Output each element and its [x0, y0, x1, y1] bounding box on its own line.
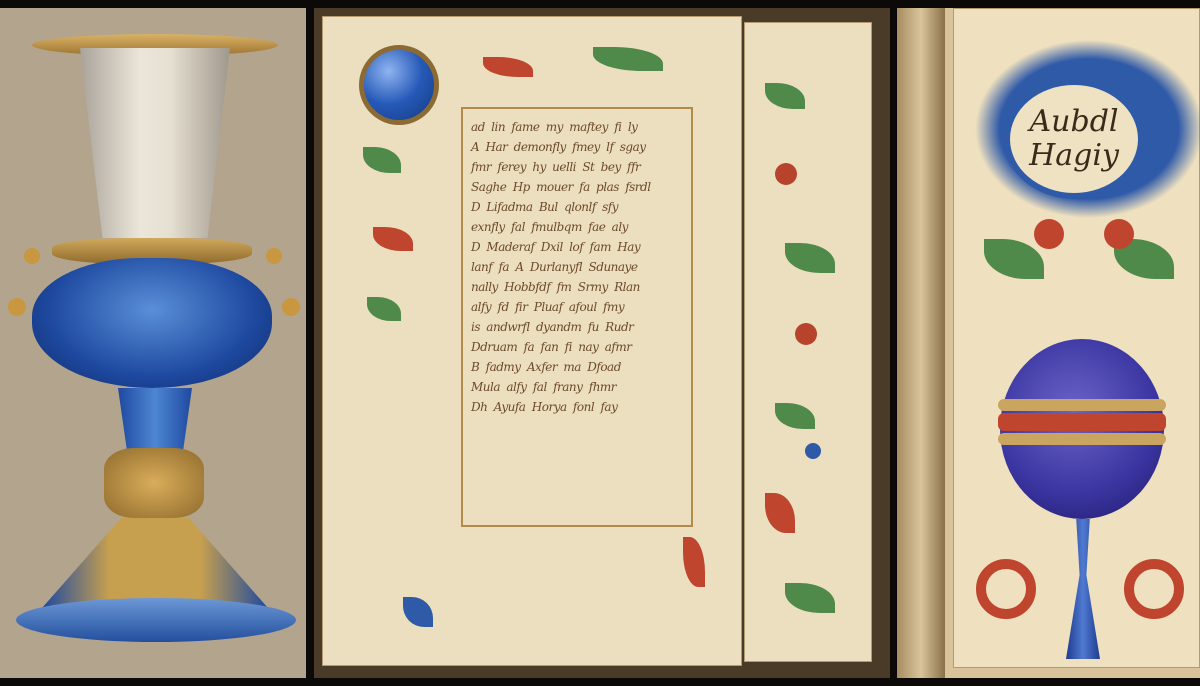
- green-leaf: [765, 83, 805, 109]
- green-leaf: [775, 403, 815, 429]
- script-line: Saghe Hp mouer fa plas fsrdl: [471, 177, 683, 197]
- vase-neck: [80, 48, 230, 238]
- cartouche-line-1: Aubdl: [1030, 105, 1119, 139]
- gold-band: [998, 433, 1166, 445]
- gold-knob: [282, 298, 300, 316]
- green-leaf: [483, 57, 533, 77]
- red-flower: [1034, 219, 1064, 249]
- blue-orb-medallion: [359, 45, 439, 125]
- script-line: Ddruam fa fan fi nay afmr: [471, 337, 683, 357]
- green-leaf: [785, 243, 835, 273]
- vase-panel: [0, 8, 306, 678]
- green-leaf: [367, 297, 401, 321]
- blue-flower: [403, 597, 433, 627]
- green-leaf: [785, 583, 835, 613]
- left-page: ad lin fame my maftey fi lyA Har demonfl…: [322, 16, 742, 666]
- handwritten-text-block: ad lin fame my maftey fi lyA Har demonfl…: [461, 107, 693, 527]
- illuminated-page: Aubdl Hagiy: [953, 8, 1200, 668]
- red-leaf: [683, 537, 705, 587]
- red-band: [998, 413, 1166, 431]
- script-line: alfy fd fir Pluaf afoul fmy: [471, 297, 683, 317]
- gold-knob: [24, 248, 40, 264]
- script-line: D Lifadma Bul qlonlf sfy: [471, 197, 683, 217]
- vase-base: [16, 598, 296, 642]
- green-leaf: [984, 239, 1044, 279]
- manuscript-panel: ad lin fame my maftey fi lyA Har demonfl…: [314, 8, 890, 678]
- cartouche-line-2: Hagiy: [1029, 139, 1119, 173]
- vase-body: [32, 258, 272, 388]
- script-line: B fadmy Axfer ma Dfoad: [471, 357, 683, 377]
- script-line: ad lin fame my maftey fi ly: [471, 117, 683, 137]
- red-flower: [1104, 219, 1134, 249]
- right-page: [744, 22, 872, 662]
- script-line: is andwrfl dyandm fu Rudr: [471, 317, 683, 337]
- green-leaf: [593, 47, 663, 71]
- red-scroll: [1124, 559, 1184, 619]
- script-line: lanf fa A Durlanyfl Sdunaye: [471, 257, 683, 277]
- illuminated-page-panel: Aubdl Hagiy: [897, 8, 1200, 678]
- script-line: exnfly fal fmulbqm fae aly: [471, 217, 683, 237]
- red-leaf: [373, 227, 413, 251]
- red-berry: [795, 323, 817, 345]
- script-line: A Har demonfly fmey lf sgay: [471, 137, 683, 157]
- script-line: nally Hobbfdf fm Srmy Rlan: [471, 277, 683, 297]
- script-line: Mula alfy fal frany fhmr: [471, 377, 683, 397]
- blue-pedestal: [1066, 519, 1100, 659]
- script-line: D Maderaf Dxil lof fam Hay: [471, 237, 683, 257]
- script-line: Dh Ayufa Horya fonl fay: [471, 397, 683, 417]
- gold-knob: [266, 248, 282, 264]
- vase-node: [104, 448, 204, 518]
- gold-band: [998, 399, 1166, 411]
- red-berry: [775, 163, 797, 185]
- blue-berry: [805, 443, 821, 459]
- red-leaf: [765, 493, 795, 533]
- green-leaf: [363, 147, 401, 173]
- vase-foot: [42, 518, 268, 608]
- red-scroll: [976, 559, 1036, 619]
- gold-knob: [8, 298, 26, 316]
- book-edge: [897, 8, 945, 678]
- script-line: fmr ferey hy uelli St bey ffr: [471, 157, 683, 177]
- calligraphy-cartouche: Aubdl Hagiy: [1004, 79, 1144, 199]
